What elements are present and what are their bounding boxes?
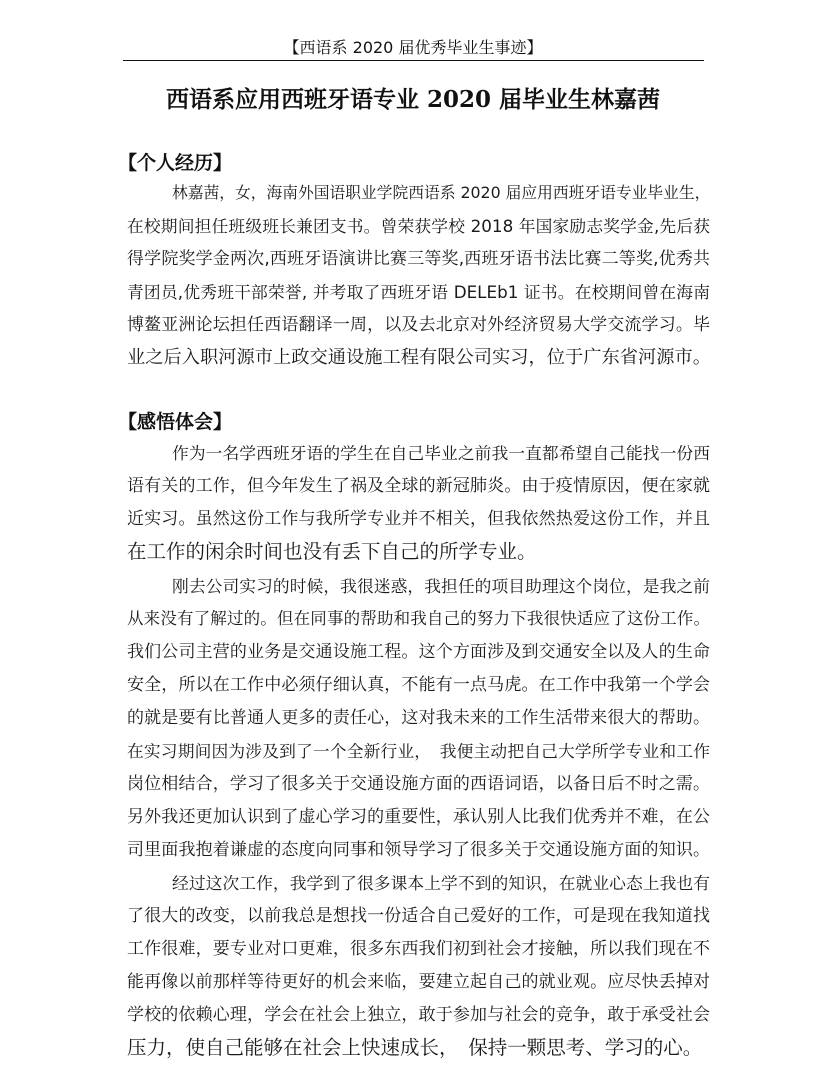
paragraph-line: 司里面我抱着谦虚的态度向同事和领导学习了很多关于交通设施方面的知识。: [127, 835, 710, 865]
paragraph-line: 我们公司主营的业务是交通设施工程。这个方面涉及到交通安全以及人的生命: [127, 637, 710, 667]
paragraph-line: 博鳌亚洲论坛担任西语翻译一周，以及去北京对外经济贸易大学交流学习。毕: [127, 310, 710, 340]
paragraph-line: 岗位相结合，学习了很多关于交通设施方面的西语词语，以备日后不时之需。: [127, 769, 710, 799]
paragraph-line: 在实习期间因为涉及到了一个全新行业， 我便主动把自己大学所学专业和工作: [127, 736, 710, 766]
paragraph-line: 作为一名学西班牙语的学生在自己毕业之前我一直都希望自己能找一份西: [172, 438, 710, 468]
paragraph-line: 了很大的改变，以前我总是想找一份适合自己爱好的工作，可是现在我知道找: [127, 901, 710, 931]
paragraph-line: 压力，使自己能够在社会上快速成长， 保持一颗思考、学习的心。: [127, 1033, 710, 1063]
paragraph-line: 近实习。虽然这份工作与我所学专业并不相关，但我依然热爱这份工作，并且: [127, 504, 710, 534]
paragraph-line: 的就是要有比普通人更多的责任心，这对我未来的工作生活带来很大的帮助。: [127, 703, 710, 733]
document-title: 西语系应用西班牙语专业 2020 届毕业生林嘉茜: [0, 84, 826, 116]
paragraph-line: 经过这次工作，我学到了很多课本上学不到的知识，在就业心态上我也有: [172, 868, 710, 898]
paragraph-line: 业之后入职河源市上政交通设施工程有限公司实习，位于广东省河源市。: [127, 343, 710, 373]
page-header: 【西语系 2020 届优秀毕业生事迹】: [0, 37, 826, 59]
paragraph-line: 安全，所以在工作中必须仔细认真，不能有一点马虎。在工作中我第一个学会: [127, 670, 710, 700]
paragraph-line: 另外我还更加认识到了虚心学习的重要性，承认别人比我们优秀并不难，在公: [127, 802, 710, 832]
paragraph-line: 刚去公司实习的时候，我很迷惑，我担任的项目助理这个岗位，是我之前: [172, 571, 710, 601]
header-divider: [123, 60, 704, 61]
paragraph-line: 从来没有了解过的。但在同事的帮助和我自己的努力下我很快适应了这份工作。: [127, 604, 710, 634]
paragraph-line: 在校期间担任班级班长兼团支书。曾荣获学校 2018 年国家励志奖学金,先后获: [127, 211, 710, 241]
paragraph-line: 语有关的工作，但今年发生了祸及全球的新冠肺炎。由于疫情原因，便在家就: [127, 471, 710, 501]
paragraph-line: 林嘉茜，女，海南外国语职业学院西语系 2020 届应用西班牙语专业毕业生，: [172, 178, 710, 208]
section-heading-reflections: 【感悟体会】: [118, 409, 232, 435]
paragraph-line: 得学院奖学金两次,西班牙语演讲比赛三等奖,西班牙语书法比赛二等奖,优秀共: [127, 244, 710, 274]
paragraph-line: 学校的依赖心理，学会在社会上独立，敢于参加与社会的竞争，敢于承受社会: [127, 1000, 710, 1030]
paragraph-line: 在工作的闲余时间也没有丢下自己的所学专业。: [127, 537, 710, 567]
paragraph-line: 工作很难，要专业对口更难，很多东西我们初到社会才接触，所以我们现在不: [127, 934, 710, 964]
section-heading-personal-experience: 【个人经历】: [118, 150, 232, 176]
paragraph-line: 能再像以前那样等待更好的机会来临，要建立起自己的就业观。应尽快丢掉对: [127, 967, 710, 997]
paragraph-line: 青团员,优秀班干部荣誉, 并考取了西班牙语 DELEb1 证书。在校期间曾在海南: [127, 277, 710, 307]
